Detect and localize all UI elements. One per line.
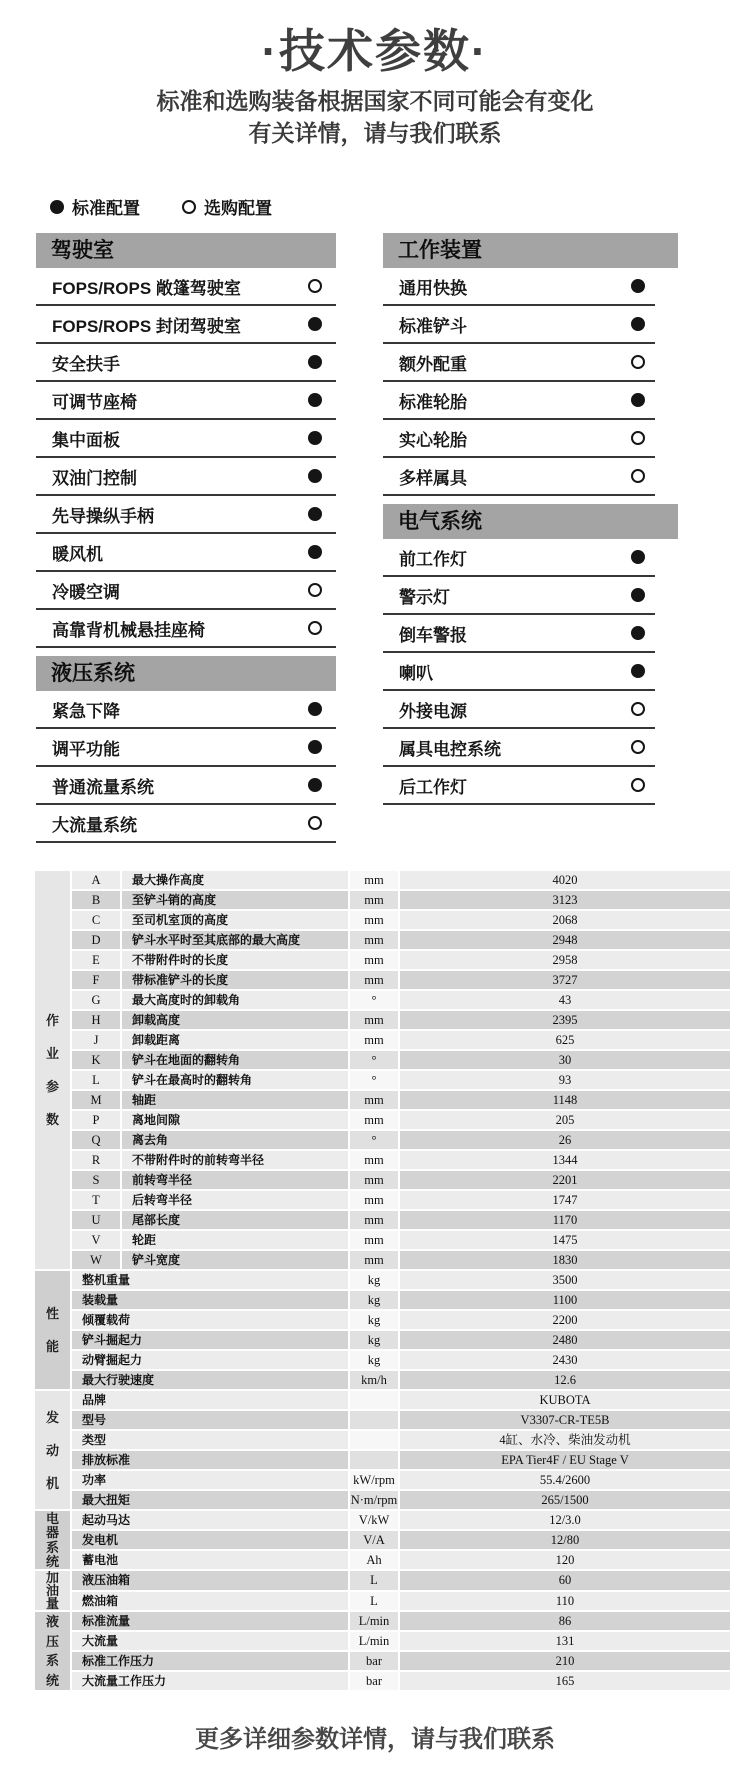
spec-value: 60 [400,1571,730,1590]
spec-row: S前转弯半径mm2201 [35,1171,730,1189]
spec-unit: mm [350,1211,398,1229]
spec-unit: bar [350,1652,398,1670]
feature-label: 大流量系统 [52,811,137,836]
feature-label: 前工作灯 [399,545,467,570]
feature-label: 冷暖空调 [52,578,120,603]
optional-hollow-dot-icon [308,279,322,293]
feature-label: 集中面板 [52,426,120,451]
feature-column-left: 驾驶室FOPS/ROPS 敞篷驾驶室FOPS/ROPS 封闭驾驶室安全扶手可调节… [36,233,336,843]
dimension-letter: D [72,931,120,949]
spec-unit: mm [350,1011,398,1029]
spec-unit [350,1431,398,1449]
subtitle-line2: 有关详情，请与我们联系 [0,118,750,148]
feature-label: 紧急下降 [52,697,120,722]
dimension-letter: S [72,1171,120,1189]
standard-filled-dot-icon [308,469,322,483]
feature-label: FOPS/ROPS 敞篷驾驶室 [52,274,241,299]
spec-value: 2958 [400,951,730,969]
spec-row: T后转弯半径mm1747 [35,1191,730,1209]
feature-row: 标准铲斗 [383,306,655,344]
category-label: 作业参数 [35,1014,70,1126]
spec-value: 4缸、水冷、柴油发动机 [400,1431,730,1449]
feature-label: 标准轮胎 [399,388,467,413]
feature-label: 属具电控系统 [399,735,501,760]
spec-unit: km/h [350,1371,398,1389]
spec-name: 液压油箱 [72,1571,348,1590]
feature-label: 后工作灯 [399,773,467,798]
spec-unit: V/kW [350,1511,398,1529]
spec-unit: ° [350,1131,398,1149]
feature-label: 先导操纵手柄 [52,502,154,527]
spec-name: 铲斗水平时至其底部的最大高度 [122,931,348,949]
optional-hollow-dot-icon [308,583,322,597]
standard-filled-dot-icon [308,507,322,521]
spec-unit: ° [350,1071,398,1089]
feature-label: FOPS/ROPS 封闭驾驶室 [52,312,241,337]
feature-row: 实心轮胎 [383,420,655,458]
category-cell: 电器系统 [35,1511,70,1569]
dimension-letter: A [72,871,120,889]
spec-name: 最大扭矩 [72,1491,348,1509]
spec-name: 带标准铲斗的长度 [122,971,348,989]
standard-filled-dot-icon [50,200,64,214]
category-label: 液压系统 [35,1615,70,1687]
spec-name: 前转弯半径 [122,1171,348,1189]
spec-value: V3307-CR-TE5B [400,1411,730,1429]
spec-row: 大流量L/min131 [35,1632,730,1650]
spec-value: 2430 [400,1351,730,1369]
spec-unit: kg [350,1291,398,1309]
feature-row: 先导操纵手柄 [36,496,336,534]
legend-optional-label: 选购配置 [204,194,272,219]
spec-row: R不带附件时的前转弯半径mm1344 [35,1151,730,1169]
spec-row: Q离去角°26 [35,1131,730,1149]
subtitle-line1: 标准和选购装备根据国家不同可能会有变化 [0,86,750,116]
spec-unit: ° [350,991,398,1009]
spec-name: 整机重量 [72,1271,348,1289]
spec-unit: mm [350,931,398,949]
page-title: ·技术参数· [0,24,750,78]
legend-standard-label: 标准配置 [72,194,140,219]
standard-filled-dot-icon [308,355,322,369]
spec-unit: mm [350,971,398,989]
spec-value: 2480 [400,1331,730,1349]
spec-name: 标准流量 [72,1612,348,1630]
spec-name: 最大操作高度 [122,871,348,889]
spec-row: D铲斗水平时至其底部的最大高度mm2948 [35,931,730,949]
dimension-letter: R [72,1151,120,1169]
spec-value: 93 [400,1071,730,1089]
feature-label: 通用快换 [399,274,467,299]
spec-unit: mm [350,1171,398,1189]
spec-unit: kg [350,1351,398,1369]
spec-unit: L/min [350,1632,398,1650]
spec-name: 铲斗掘起力 [72,1331,348,1349]
spec-name: 至铲斗销的高度 [122,891,348,909]
category-cell: 加油量 [35,1571,70,1610]
feature-row: 可调节座椅 [36,382,336,420]
legend-optional: 选购配置 [182,194,272,219]
spec-value: 55.4/2600 [400,1471,730,1489]
optional-hollow-dot-icon [182,200,196,214]
spec-value: 165 [400,1672,730,1690]
feature-row: 外接电源 [383,691,655,729]
spec-value: 2201 [400,1171,730,1189]
spec-row: M轴距mm1148 [35,1091,730,1109]
feature-row: 喇叭 [383,653,655,691]
dimension-letter: K [72,1051,120,1069]
standard-filled-dot-icon [308,317,322,331]
spec-row: F带标准铲斗的长度mm3727 [35,971,730,989]
spec-value: 110 [400,1592,730,1611]
spec-row: 标准工作压力bar210 [35,1652,730,1670]
standard-filled-dot-icon [308,740,322,754]
spec-unit [350,1391,398,1409]
category-label: 性能 [35,1307,70,1353]
feature-row: FOPS/ROPS 敞篷驾驶室 [36,268,336,306]
dimension-letter: B [72,891,120,909]
spec-unit: mm [350,1111,398,1129]
spec-unit: mm [350,1231,398,1249]
spec-unit: kg [350,1311,398,1329]
spec-row: H卸载高度mm2395 [35,1011,730,1029]
spec-unit: mm [350,951,398,969]
spec-row: P离地间隙mm205 [35,1111,730,1129]
dimension-letter: L [72,1071,120,1089]
dimension-letter: T [72,1191,120,1209]
spec-row: 型号V3307-CR-TE5B [35,1411,730,1429]
category-cell: 液压系统 [35,1612,70,1690]
feature-label: 额外配重 [399,350,467,375]
spec-sheet-page: ·技术参数· 标准和选购装备根据国家不同可能会有变化 有关详情，请与我们联系 标… [0,0,750,1776]
spec-name: 轴距 [122,1091,348,1109]
standard-filled-dot-icon [308,702,322,716]
spec-row: 发电机V/A12/80 [35,1531,730,1549]
spec-row: 蓄电池Ah120 [35,1551,730,1569]
spec-unit: L [350,1592,398,1611]
spec-row: 铲斗掘起力kg2480 [35,1331,730,1349]
spec-unit: mm [350,1191,398,1209]
spec-value: 4020 [400,871,730,889]
feature-label: 喇叭 [399,659,433,684]
spec-name: 铲斗在最高时的翻转角 [122,1071,348,1089]
spec-row: 发动机品牌KUBOTA [35,1391,730,1409]
feature-row: 紧急下降 [36,691,336,729]
standard-filled-dot-icon [631,664,645,678]
spec-name: 至司机室顶的高度 [122,911,348,929]
spec-row: 装载量kg1100 [35,1291,730,1309]
spec-name: 大流量 [72,1632,348,1650]
feature-row: 普通流量系统 [36,767,336,805]
footer-note: 更多详细参数详情，请与我们联系 [0,1724,750,1756]
feature-label: 实心轮胎 [399,426,467,451]
spec-unit: mm [350,1151,398,1169]
feature-row: 倒车警报 [383,615,655,653]
feature-label: 警示灯 [399,583,450,608]
spec-row: 功率kW/rpm55.4/2600 [35,1471,730,1489]
spec-row: 倾覆载荷kg2200 [35,1311,730,1329]
spec-row: 性能整机重量kg3500 [35,1271,730,1289]
feature-label: 标准铲斗 [399,312,467,337]
optional-hollow-dot-icon [631,702,645,716]
spec-name: 卸载距离 [122,1031,348,1049]
spec-value: 1475 [400,1231,730,1249]
spec-value: 625 [400,1031,730,1049]
standard-filled-dot-icon [631,317,645,331]
spec-value: 43 [400,991,730,1009]
feature-row: 标准轮胎 [383,382,655,420]
spec-row: W铲斗宽度mm1830 [35,1251,730,1269]
spec-row: 动臂掘起力kg2430 [35,1351,730,1369]
config-legend: 标准配置 选购配置 [50,194,750,219]
spec-name: 铲斗在地面的翻转角 [122,1051,348,1069]
dimension-letter: E [72,951,120,969]
spec-value: 2948 [400,931,730,949]
optional-hollow-dot-icon [308,621,322,635]
feature-row: 通用快换 [383,268,655,306]
dimension-letter: G [72,991,120,1009]
feature-row: 集中面板 [36,420,336,458]
spec-name: 最大行驶速度 [72,1371,348,1389]
spec-name: 类型 [72,1431,348,1449]
spec-name: 不带附件时的前转弯半径 [122,1151,348,1169]
spec-row: 类型4缸、水冷、柴油发动机 [35,1431,730,1449]
spec-row: 最大行驶速度km/h12.6 [35,1371,730,1389]
standard-filled-dot-icon [308,431,322,445]
spec-unit: Ah [350,1551,398,1569]
optional-hollow-dot-icon [631,778,645,792]
spec-row: 大流量工作压力bar165 [35,1672,730,1690]
spec-name: 尾部长度 [122,1211,348,1229]
dimension-letter: V [72,1231,120,1249]
spec-name: 最大高度时的卸载角 [122,991,348,1009]
standard-filled-dot-icon [631,393,645,407]
spec-name: 卸载高度 [122,1011,348,1029]
feature-label: 调平功能 [52,735,120,760]
feature-label: 安全扶手 [52,350,120,375]
spec-unit: mm [350,871,398,889]
dimension-letter: M [72,1091,120,1109]
spec-name: 型号 [72,1411,348,1429]
feature-row: 前工作灯 [383,539,655,577]
category-label: 发动机 [35,1411,70,1490]
spec-value: 3123 [400,891,730,909]
spec-value: 205 [400,1111,730,1129]
spec-name: 装载量 [72,1291,348,1309]
spec-unit [350,1411,398,1429]
standard-filled-dot-icon [308,545,322,559]
optional-hollow-dot-icon [631,431,645,445]
spec-unit: kg [350,1331,398,1349]
standard-filled-dot-icon [308,393,322,407]
standard-filled-dot-icon [631,626,645,640]
spec-value: 265/1500 [400,1491,730,1509]
spec-name: 倾覆载荷 [72,1311,348,1329]
spec-row: 作业参数A最大操作高度mm4020 [35,871,730,889]
feature-label: 多样属具 [399,464,467,489]
standard-filled-dot-icon [631,588,645,602]
spec-name: 起动马达 [72,1511,348,1529]
feature-label: 双油门控制 [52,464,137,489]
feature-row: 大流量系统 [36,805,336,843]
dimension-letter: W [72,1251,120,1269]
spec-unit [350,1451,398,1469]
dimension-letter: Q [72,1131,120,1149]
optional-hollow-dot-icon [308,816,322,830]
spec-value: 1344 [400,1151,730,1169]
spec-row: 液压系统标准流量L/min86 [35,1612,730,1630]
feature-row: 冷暖空调 [36,572,336,610]
spec-value: 210 [400,1652,730,1670]
spec-value: 1830 [400,1251,730,1269]
spec-unit: V/A [350,1531,398,1549]
spec-value: 1148 [400,1091,730,1109]
spec-row: 电器系统起动马达V/kW12/3.0 [35,1511,730,1529]
feature-label: 高靠背机械悬挂座椅 [52,616,205,641]
feature-label: 倒车警报 [399,621,467,646]
spec-table: 作业参数A最大操作高度mm4020B至铲斗销的高度mm3123C至司机室顶的高度… [33,869,732,1692]
spec-row: B至铲斗销的高度mm3123 [35,891,730,909]
category-cell: 性能 [35,1271,70,1389]
spec-name: 轮距 [122,1231,348,1249]
dimension-letter: H [72,1011,120,1029]
spec-unit: mm [350,911,398,929]
spec-name: 燃油箱 [72,1592,348,1611]
spec-row: C至司机室顶的高度mm2068 [35,911,730,929]
dimension-letter: J [72,1031,120,1049]
spec-row: 排放标准EPA Tier4F / EU Stage V [35,1451,730,1469]
dimension-letter: P [72,1111,120,1129]
legend-standard: 标准配置 [50,194,140,219]
spec-name: 排放标准 [72,1451,348,1469]
optional-hollow-dot-icon [631,355,645,369]
feature-row: 安全扶手 [36,344,336,382]
feature-row: 高靠背机械悬挂座椅 [36,610,336,648]
spec-name: 品牌 [72,1391,348,1409]
spec-name: 动臂掘起力 [72,1351,348,1369]
feature-columns: 驾驶室FOPS/ROPS 敞篷驾驶室FOPS/ROPS 封闭驾驶室安全扶手可调节… [36,233,750,843]
spec-value: 2395 [400,1011,730,1029]
spec-name: 功率 [72,1471,348,1489]
feature-row: 调平功能 [36,729,336,767]
spec-value: 131 [400,1632,730,1650]
feature-label: 外接电源 [399,697,467,722]
spec-row: 加油量液压油箱L60 [35,1571,730,1590]
spec-row: 燃油箱L110 [35,1592,730,1611]
feature-row: 警示灯 [383,577,655,615]
spec-unit: ° [350,1051,398,1069]
feature-row: 双油门控制 [36,458,336,496]
section-header: 驾驶室 [36,233,336,268]
feature-label: 可调节座椅 [52,388,137,413]
spec-name: 标准工作压力 [72,1652,348,1670]
spec-name: 离地间隙 [122,1111,348,1129]
spec-name: 后转弯半径 [122,1191,348,1209]
feature-row: 暖风机 [36,534,336,572]
spec-row: E不带附件时的长度mm2958 [35,951,730,969]
spec-value: 2068 [400,911,730,929]
spec-name: 发电机 [72,1531,348,1549]
spec-name: 不带附件时的长度 [122,951,348,969]
spec-unit: kg [350,1271,398,1289]
spec-unit: mm [350,1031,398,1049]
spec-unit: N·m/rpm [350,1491,398,1509]
feature-row: 额外配重 [383,344,655,382]
spec-name: 离去角 [122,1131,348,1149]
optional-hollow-dot-icon [631,740,645,754]
section-header: 液压系统 [36,656,336,691]
spec-value: 30 [400,1051,730,1069]
spec-name: 铲斗宽度 [122,1251,348,1269]
standard-filled-dot-icon [631,279,645,293]
spec-value: 1747 [400,1191,730,1209]
spec-unit: L/min [350,1612,398,1630]
spec-value: 2200 [400,1311,730,1329]
spec-row: K铲斗在地面的翻转角°30 [35,1051,730,1069]
dimension-letter: C [72,911,120,929]
category-label: 加油量 [35,1571,70,1610]
spec-value: 26 [400,1131,730,1149]
category-cell: 发动机 [35,1391,70,1509]
feature-row: 后工作灯 [383,767,655,805]
spec-name: 大流量工作压力 [72,1672,348,1690]
spec-value: EPA Tier4F / EU Stage V [400,1451,730,1469]
spec-row: 最大扭矩N·m/rpm265/1500 [35,1491,730,1509]
optional-hollow-dot-icon [631,469,645,483]
spec-unit: kW/rpm [350,1471,398,1489]
feature-label: 普通流量系统 [52,773,154,798]
category-label: 电器系统 [35,1512,70,1569]
spec-value: 1100 [400,1291,730,1309]
spec-value: 3727 [400,971,730,989]
feature-row: 多样属具 [383,458,655,496]
standard-filled-dot-icon [308,778,322,792]
spec-value: 12/3.0 [400,1511,730,1529]
spec-value: 86 [400,1612,730,1630]
spec-row: U尾部长度mm1170 [35,1211,730,1229]
spec-unit: mm [350,1251,398,1269]
category-cell: 作业参数 [35,871,70,1269]
dimension-letter: U [72,1211,120,1229]
spec-row: J卸载距离mm625 [35,1031,730,1049]
spec-value: 12/80 [400,1531,730,1549]
standard-filled-dot-icon [631,550,645,564]
dimension-letter: F [72,971,120,989]
spec-value: 12.6 [400,1371,730,1389]
section-header: 工作装置 [383,233,678,268]
feature-column-right: 工作装置通用快换标准铲斗额外配重标准轮胎实心轮胎多样属具电气系统前工作灯警示灯倒… [383,233,678,805]
feature-row: 属具电控系统 [383,729,655,767]
spec-value: 120 [400,1551,730,1569]
spec-value: KUBOTA [400,1391,730,1409]
feature-row: FOPS/ROPS 封闭驾驶室 [36,306,336,344]
spec-value: 1170 [400,1211,730,1229]
feature-label: 暖风机 [52,540,103,565]
spec-unit: mm [350,1091,398,1109]
spec-value: 3500 [400,1271,730,1289]
spec-name: 蓄电池 [72,1551,348,1569]
spec-row: V轮距mm1475 [35,1231,730,1249]
spec-unit: L [350,1571,398,1590]
spec-row: G最大高度时的卸载角°43 [35,991,730,1009]
spec-unit: mm [350,891,398,909]
spec-row: L铲斗在最高时的翻转角°93 [35,1071,730,1089]
spec-unit: bar [350,1672,398,1690]
section-header: 电气系统 [383,504,678,539]
